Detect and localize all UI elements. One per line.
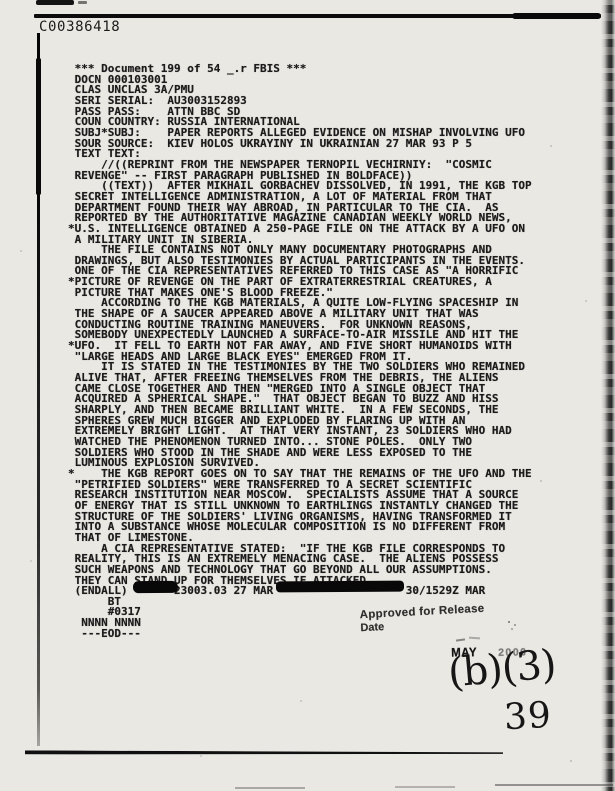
scan-edge-shadow-texture (601, 0, 615, 791)
scan-bottom-edge-mark (235, 787, 305, 789)
scan-border-bottom (25, 750, 503, 755)
document-id: C00386418 (39, 19, 120, 35)
pen-mark-dots (508, 621, 510, 623)
document-body-text: *** Document 199 of 54 _.r FBIS *** DOCN… (68, 64, 532, 639)
handwritten-page-number: 39 (503, 695, 553, 738)
pen-mark (456, 638, 465, 641)
scan-border-left-thick-segment (36, 58, 41, 195)
redaction-bar (133, 581, 178, 593)
scanned-page: { "page": { "paper_color": "#eae8e3", "i… (0, 0, 615, 791)
scan-bottom-edge-mark (395, 786, 455, 788)
redaction-bar (276, 581, 404, 593)
scan-border-top-blob (512, 13, 601, 19)
scan-smudge-top (36, 0, 74, 5)
scan-smudge-top-small (78, 1, 87, 4)
scan-bottom-edge-mark (495, 784, 613, 786)
scan-noise-specks (550, 145, 552, 147)
handwritten-exemption-note: (b)(3) (446, 641, 557, 696)
